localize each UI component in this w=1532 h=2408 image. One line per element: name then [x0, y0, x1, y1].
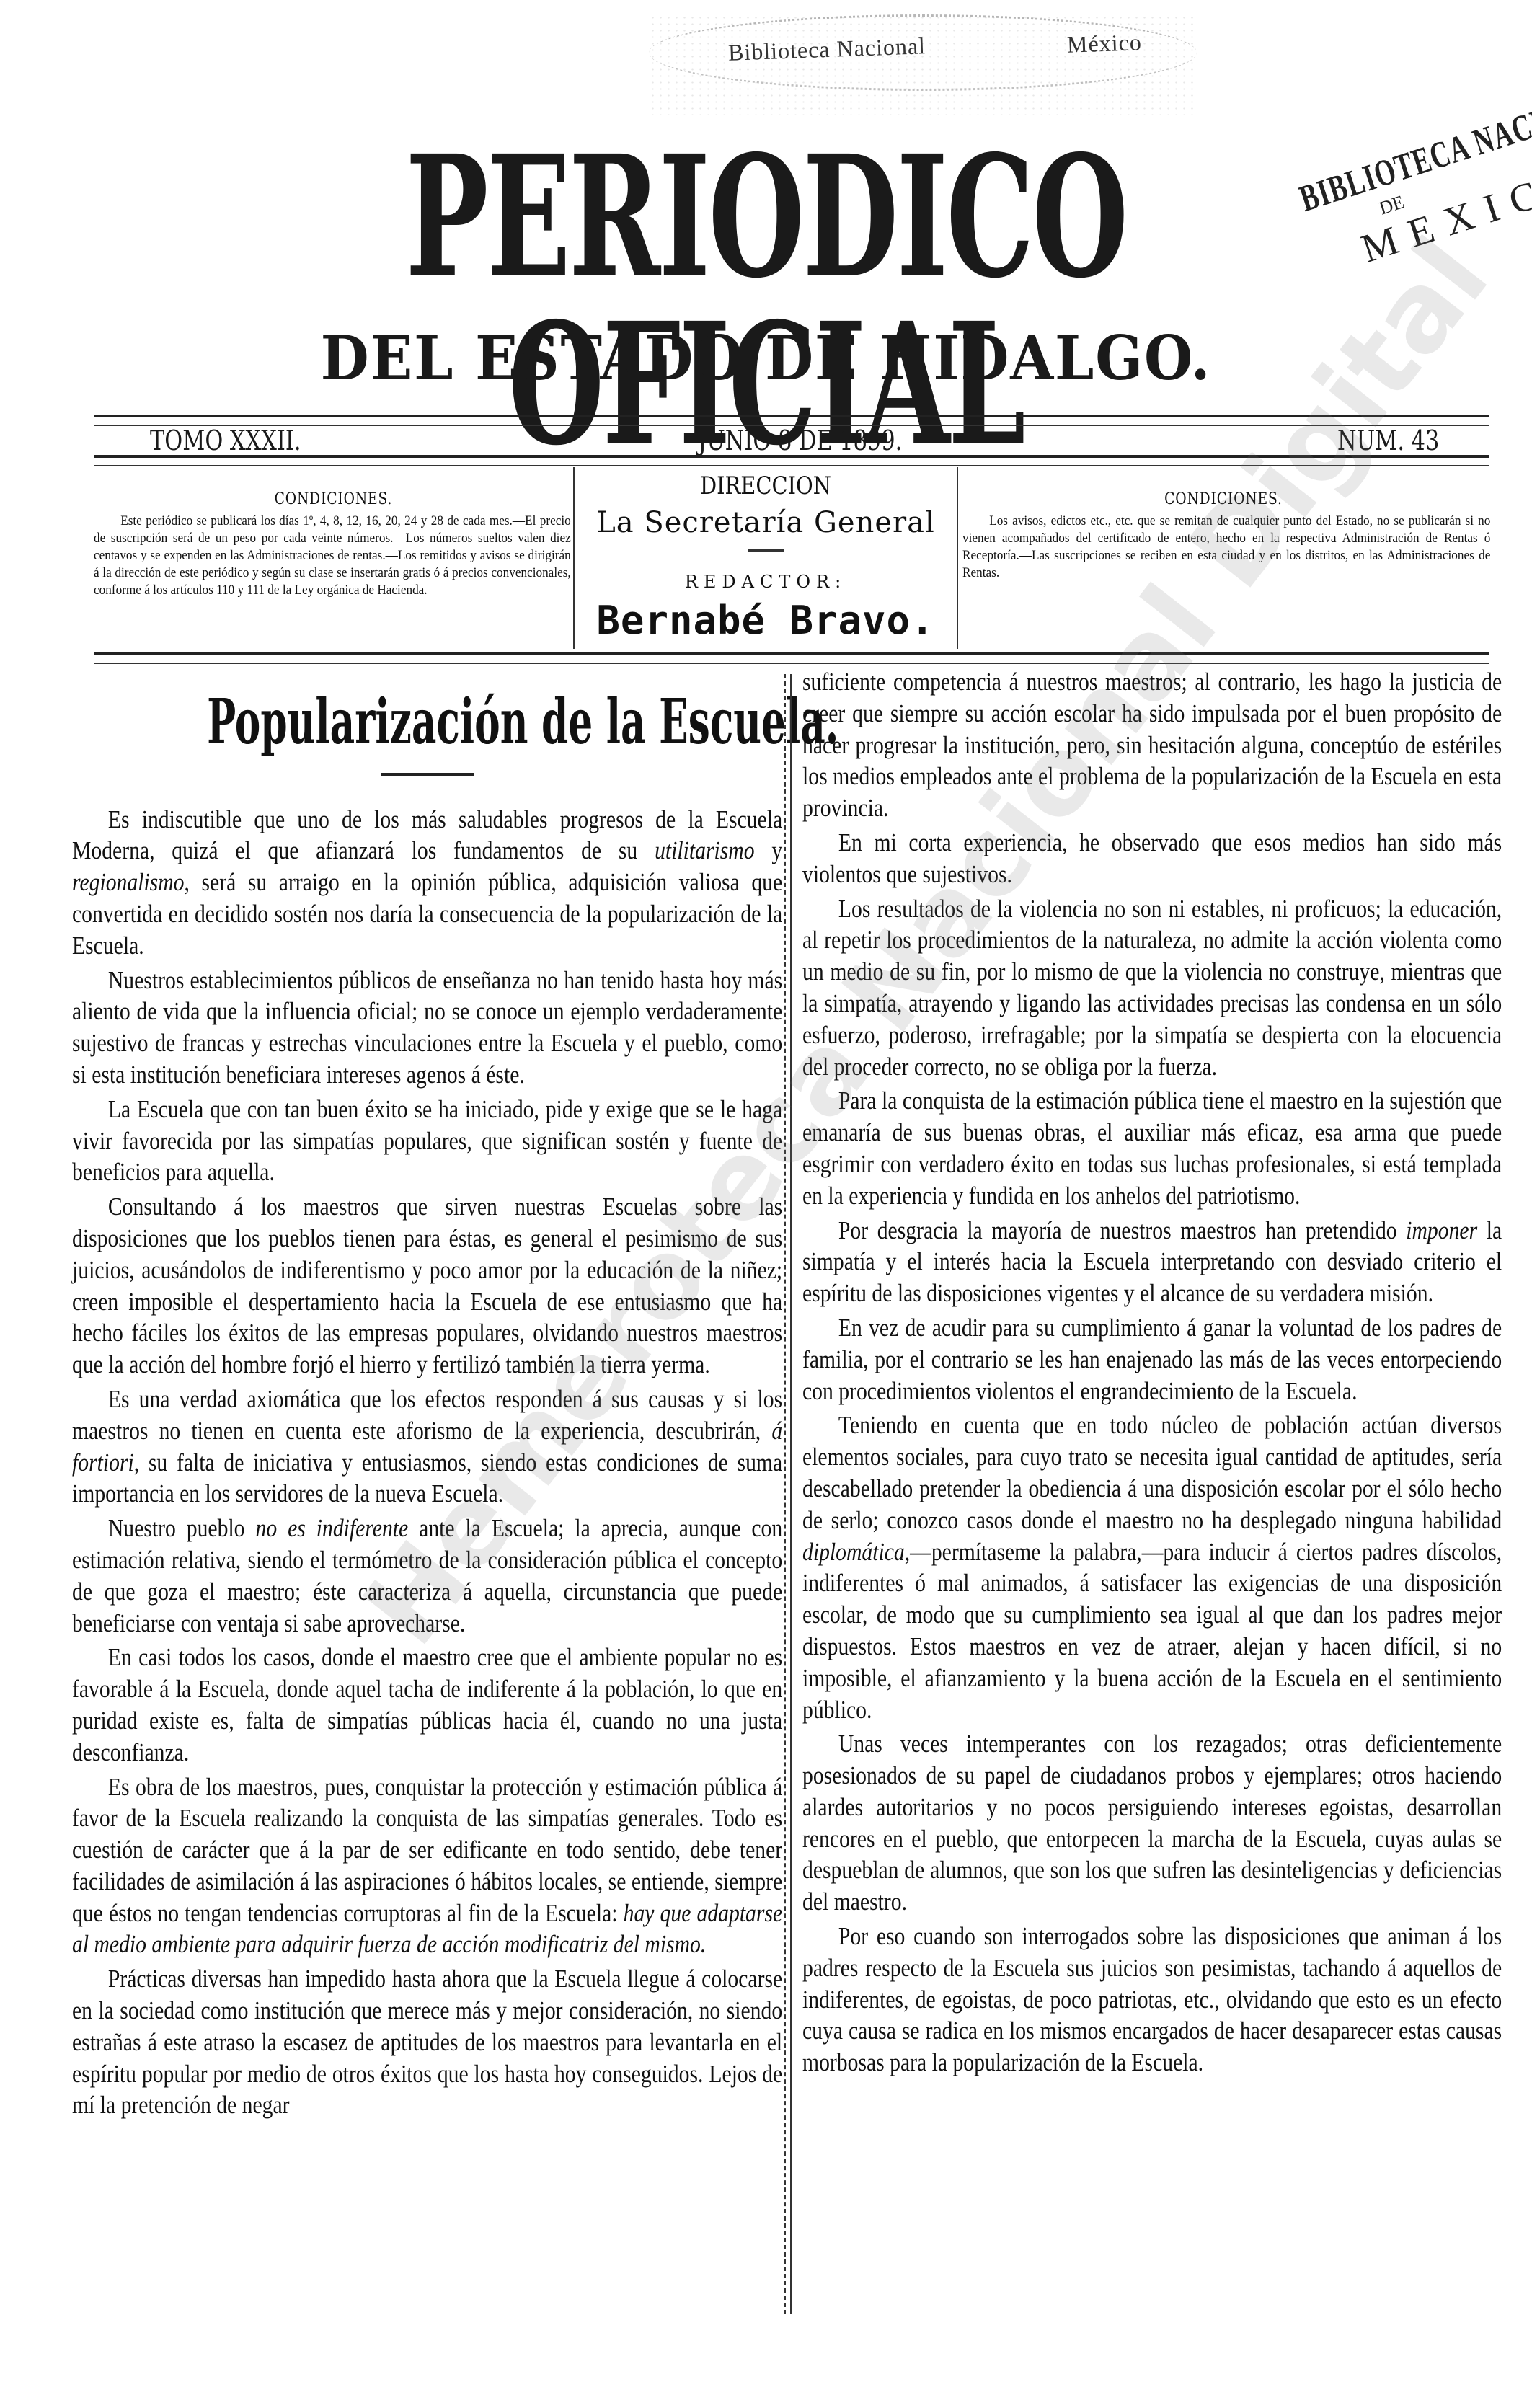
- article-paragraph: Es obra de los maestros, pues, conquista…: [72, 1772, 782, 1962]
- newspaper-subtitle: DEL ESTADO DE HIDALGO.: [61, 328, 1471, 389]
- article-paragraph: Consultando á los maestros que sirven nu…: [72, 1192, 782, 1381]
- conditions-left: CONDICIONES. Este periódico se publicará…: [94, 467, 575, 649]
- article-paragraph: Nuestros establecimientos públicos de en…: [72, 965, 782, 1092]
- direction-box: DIRECCION La Secretaría General REDACTOR…: [575, 467, 958, 649]
- issue-number: NUM. 43: [1337, 425, 1439, 456]
- article-paragraph: Nuestro pueblo no es indiferente ante la…: [72, 1513, 782, 1639]
- library-stamp-top: Biblioteca Nacional México: [649, 14, 1197, 94]
- article-paragraph: En casi todos los casos, donde el maestr…: [72, 1642, 782, 1769]
- article-paragraph: Es una verdad axiomática que los efectos…: [72, 1384, 782, 1510]
- article-paragraph: Teniendo en cuenta que en todo núcleo de…: [802, 1410, 1502, 1726]
- header-box: CONDICIONES. Este periódico se publicará…: [94, 467, 1489, 655]
- right-paragraphs: suficiente competencia á nuestros maestr…: [802, 667, 1502, 2079]
- direccion-label: DIRECCION: [603, 472, 929, 500]
- conditions-right: CONDICIONES. Los avisos, edictos etc., e…: [958, 467, 1489, 649]
- article-paragraph: suficiente competencia á nuestros maestr…: [802, 667, 1502, 825]
- article-paragraph: En vez de acudir para su cumplimiento á …: [802, 1313, 1502, 1407]
- article-paragraph: Es indiscutible que uno de los más salud…: [72, 805, 782, 962]
- separator: [748, 549, 784, 552]
- conditions-left-title: CONDICIONES.: [130, 490, 537, 508]
- header-box-bottom-rule: [94, 652, 1489, 664]
- conditions-left-text: Este periódico se publicará los días 1º,…: [94, 513, 571, 599]
- title-underline: [381, 773, 474, 776]
- redactor-label: REDACTOR:: [575, 572, 957, 592]
- article-paragraph: La Escuela que con tan buen éxito se ha …: [72, 1094, 782, 1189]
- article-paragraph: Los resultados de la violencia no son ni…: [802, 894, 1502, 1084]
- issue-info-row: TOMO XXXII. JUNIO 8 DE 1899. NUM. 43: [94, 415, 1489, 462]
- redactor-name: Bernabé Bravo.: [575, 598, 957, 643]
- article-paragraph: Unas veces intemperantes con los rezagad…: [802, 1729, 1502, 1918]
- conditions-right-text: Los avisos, edictos etc., etc. que se re…: [962, 513, 1490, 582]
- issue-date: JUNIO 8 DE 1899.: [698, 425, 902, 456]
- article-paragraph: En mi corta experiencia, he observado qu…: [802, 828, 1502, 891]
- issue-tomo: TOMO XXXII.: [150, 425, 301, 456]
- rule-bottom: [94, 455, 1489, 466]
- article-paragraph: Para la conquista de la estimación públi…: [802, 1086, 1502, 1212]
- article-paragraph: Prácticas diversas han impedido hasta ah…: [72, 1964, 782, 2122]
- article-column-right: suficiente competencia á nuestros maestr…: [802, 667, 1502, 2079]
- left-paragraphs: Es indiscutible que uno de los más salud…: [72, 805, 782, 2123]
- direccion-value: La Secretaría General: [575, 506, 957, 539]
- article-paragraph: Por eso cuando son interrogados sobre la…: [802, 1921, 1502, 2079]
- article-paragraph: Por desgracia la mayoría de nuestros mae…: [802, 1216, 1502, 1310]
- article-column-left: Popularización de la Escuela. Es indiscu…: [72, 674, 782, 2122]
- stamp-label-country: México: [1066, 29, 1142, 58]
- conditions-right-title: CONDICIONES.: [998, 490, 1449, 508]
- column-divider: [784, 674, 792, 2314]
- article-title: Popularización de la Escuela.: [207, 689, 647, 757]
- library-stamp-side: BIBLIOTECA NACIO DE MEXICO: [1277, 95, 1532, 294]
